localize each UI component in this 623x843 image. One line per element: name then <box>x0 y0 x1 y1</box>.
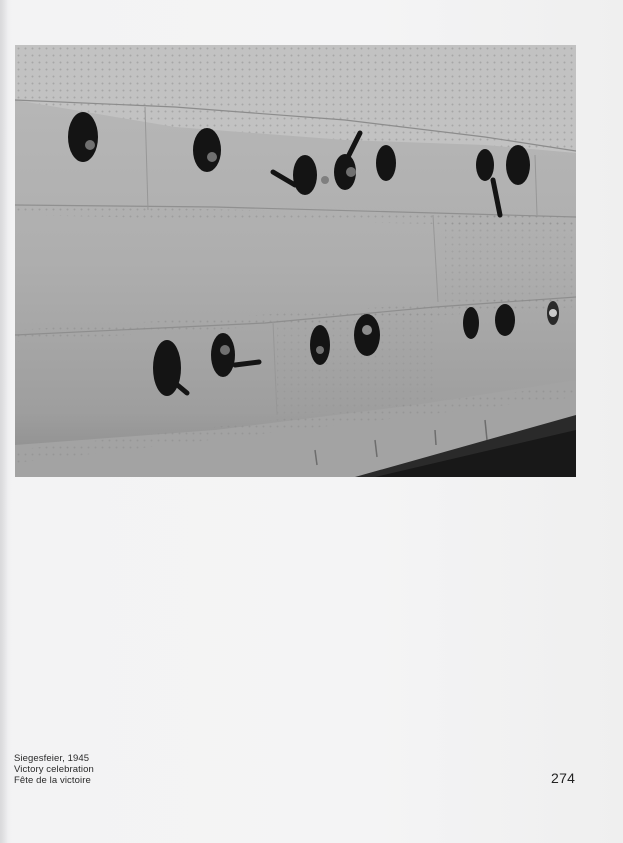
photo-caption: Siegesfeier, 1945 Victory celebration Fê… <box>14 753 94 786</box>
caption-english: Victory celebration <box>14 764 94 775</box>
page-number: 274 <box>551 770 575 786</box>
caption-german: Siegesfeier, 1945 <box>14 753 94 764</box>
caption-french: Fête de la victoire <box>14 775 94 786</box>
photograph <box>15 45 576 477</box>
photo-illustration <box>15 45 576 477</box>
page-gutter-shadow <box>0 0 8 843</box>
